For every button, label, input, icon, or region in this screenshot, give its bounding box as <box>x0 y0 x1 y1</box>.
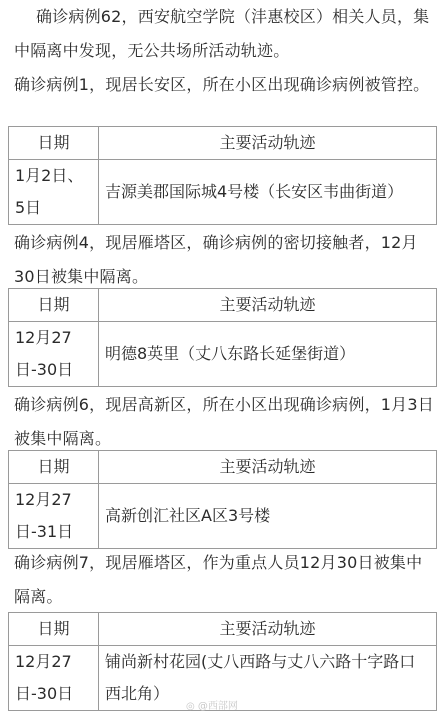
watermark-text: @西部网 <box>198 701 238 712</box>
track-header: 主要活动轨迹 <box>99 289 437 322</box>
intro-paragraph: 确诊病例62，西安航空学院（沣惠校区）相关人员，集中隔离中发现，无公共场所活动轨… <box>14 0 434 68</box>
date-header: 日期 <box>9 451 99 484</box>
table-header-row: 日期 主要活动轨迹 <box>9 289 437 322</box>
table-row: 12月27日-31日 高新创汇社区A区3号楼 <box>9 484 437 549</box>
date-cell: 12月27日-31日 <box>9 484 99 549</box>
table-header-row: 日期 主要活动轨迹 <box>9 451 437 484</box>
track-header: 主要活动轨迹 <box>99 613 437 646</box>
date-header: 日期 <box>9 613 99 646</box>
case-1-table: 日期 主要活动轨迹 1月2日、5日 吉源美郡国际城4号楼（长安区韦曲街道） <box>8 126 437 225</box>
case-4-description: 确诊病例4，现居雁塔区，确诊病例的密切接触者，12月30日被集中隔离。 <box>14 226 434 294</box>
track-header: 主要活动轨迹 <box>99 127 437 160</box>
weibo-logo-icon: ◎ <box>186 701 195 712</box>
date-cell: 12月27日-30日 <box>9 646 99 711</box>
table-row: 12月27日-30日 明德8英里（丈八东路长延堡街道） <box>9 322 437 387</box>
table-header-row: 日期 主要活动轨迹 <box>9 613 437 646</box>
case-1-description: 确诊病例1，现居长安区，所在小区出现确诊病例被管控。 <box>14 68 434 102</box>
track-cell: 明德8英里（丈八东路长延堡街道） <box>99 322 437 387</box>
date-cell: 1月2日、5日 <box>9 160 99 225</box>
table-row: 1月2日、5日 吉源美郡国际城4号楼（长安区韦曲街道） <box>9 160 437 225</box>
date-header: 日期 <box>9 289 99 322</box>
date-cell: 12月27日-30日 <box>9 322 99 387</box>
case-4-table: 日期 主要活动轨迹 12月27日-30日 明德8英里（丈八东路长延堡街道） <box>8 288 437 387</box>
track-cell: 吉源美郡国际城4号楼（长安区韦曲街道） <box>99 160 437 225</box>
track-header: 主要活动轨迹 <box>99 451 437 484</box>
table-header-row: 日期 主要活动轨迹 <box>9 127 437 160</box>
case-6-table: 日期 主要活动轨迹 12月27日-31日 高新创汇社区A区3号楼 <box>8 450 437 549</box>
weibo-watermark: ◎ @西部网 <box>186 697 238 712</box>
track-cell: 高新创汇社区A区3号楼 <box>99 484 437 549</box>
case-7-description: 确诊病例7，现居雁塔区，作为重点人员12月30日被集中隔离。 <box>14 546 434 614</box>
case-6-description: 确诊病例6，现居高新区，所在小区出现确诊病例，1月3日被集中隔离。 <box>14 388 434 456</box>
date-header: 日期 <box>9 127 99 160</box>
track-cell: 铺尚新村花园(丈八西路与丈八六路十字路口西北角） <box>99 646 437 711</box>
